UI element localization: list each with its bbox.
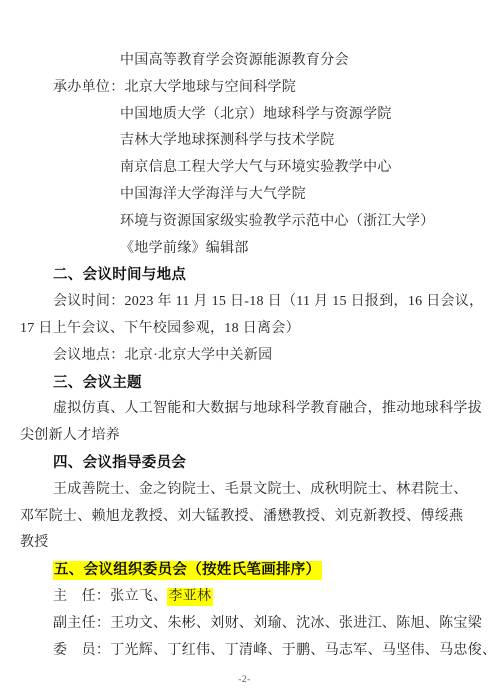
page-number: -2- [0,675,489,685]
document-page: 中国高等教育学会资源能源教育分会 承办单位：北京大学地球与空间科学院 中国地质大… [0,0,489,700]
organizer-continuation-line: 中国高等教育学会资源能源教育分会 [20,48,475,75]
host-unit-line: 吉林大学地球探测科学与技术学院 [20,128,475,155]
host-unit-line: 中国地质大学（北京）地球科学与资源学院 [20,102,475,129]
host-unit-line: 南京信息工程大学大气与环境实验教学中心 [20,155,475,182]
host-unit-line: 环境与资源国家级实验教学示范中心（浙江大学） [20,209,475,236]
meeting-location-line: 会议地点：北京·北京大学中关新园 [20,343,475,370]
advisory-members-line2: 邓军院士、赖旭龙教授、刘大锰教授、潘懋教授、刘克新教授、傅绥燕 [20,504,475,531]
section4-heading: 四、会议指导委员会 [20,450,475,477]
section2-heading: 二、会议时间与地点 [20,262,475,289]
host-unit-line: 中国海洋大学海洋与大气学院 [20,182,475,209]
advisory-members-line1: 王成善院士、金之钧院士、毛景文院士、成秋明院士、林君院士、 [20,477,475,504]
meeting-time-line2: 17 日上午会议、下午校园参观，18 日离会） [20,316,475,343]
chair-name-highlighted: 李亚林 [167,588,213,606]
section3-heading: 三、会议主题 [20,370,475,397]
advisory-members-line3: 教授 [20,530,475,557]
theme-line1: 虚拟仿真、人工智能和大数据与地球科学教育融合，推动地球科学拔 [20,396,475,423]
committee-members-line: 委 员：丁光辉、丁红伟、丁清峰、于鹏、马志军、马坚伟、马忠俊、 [20,638,475,665]
vice-chair-line: 副主任：王功文、朱彬、刘财、刘瑜、沈冰、张进江、陈旭、陈宝梁 [20,611,475,638]
document-body: 中国高等教育学会资源能源教育分会 承办单位：北京大学地球与空间科学院 中国地质大… [0,0,489,664]
chair-names: 主 任：张立飞、 [53,589,167,604]
theme-line2: 尖创新人才培养 [20,423,475,450]
meeting-time-line1: 会议时间：2023 年 11 月 15 日-18 日（11 月 15 日报到，1… [20,289,475,316]
host-unit-line: 《地学前缘》编辑部 [20,236,475,263]
section5-heading-highlight: 五、会议组织委员会（按姓氏笔画排序） [53,561,322,580]
host-unit-name: 北京大学地球与空间科学院 [125,80,297,95]
host-units-first-line: 承办单位：北京大学地球与空间科学院 [20,75,475,102]
host-units-label: 承办单位： [53,80,125,95]
section5-heading: 五、会议组织委员会（按姓氏笔画排序） [20,557,475,584]
chair-line: 主 任：张立飞、李亚林 [20,584,475,611]
